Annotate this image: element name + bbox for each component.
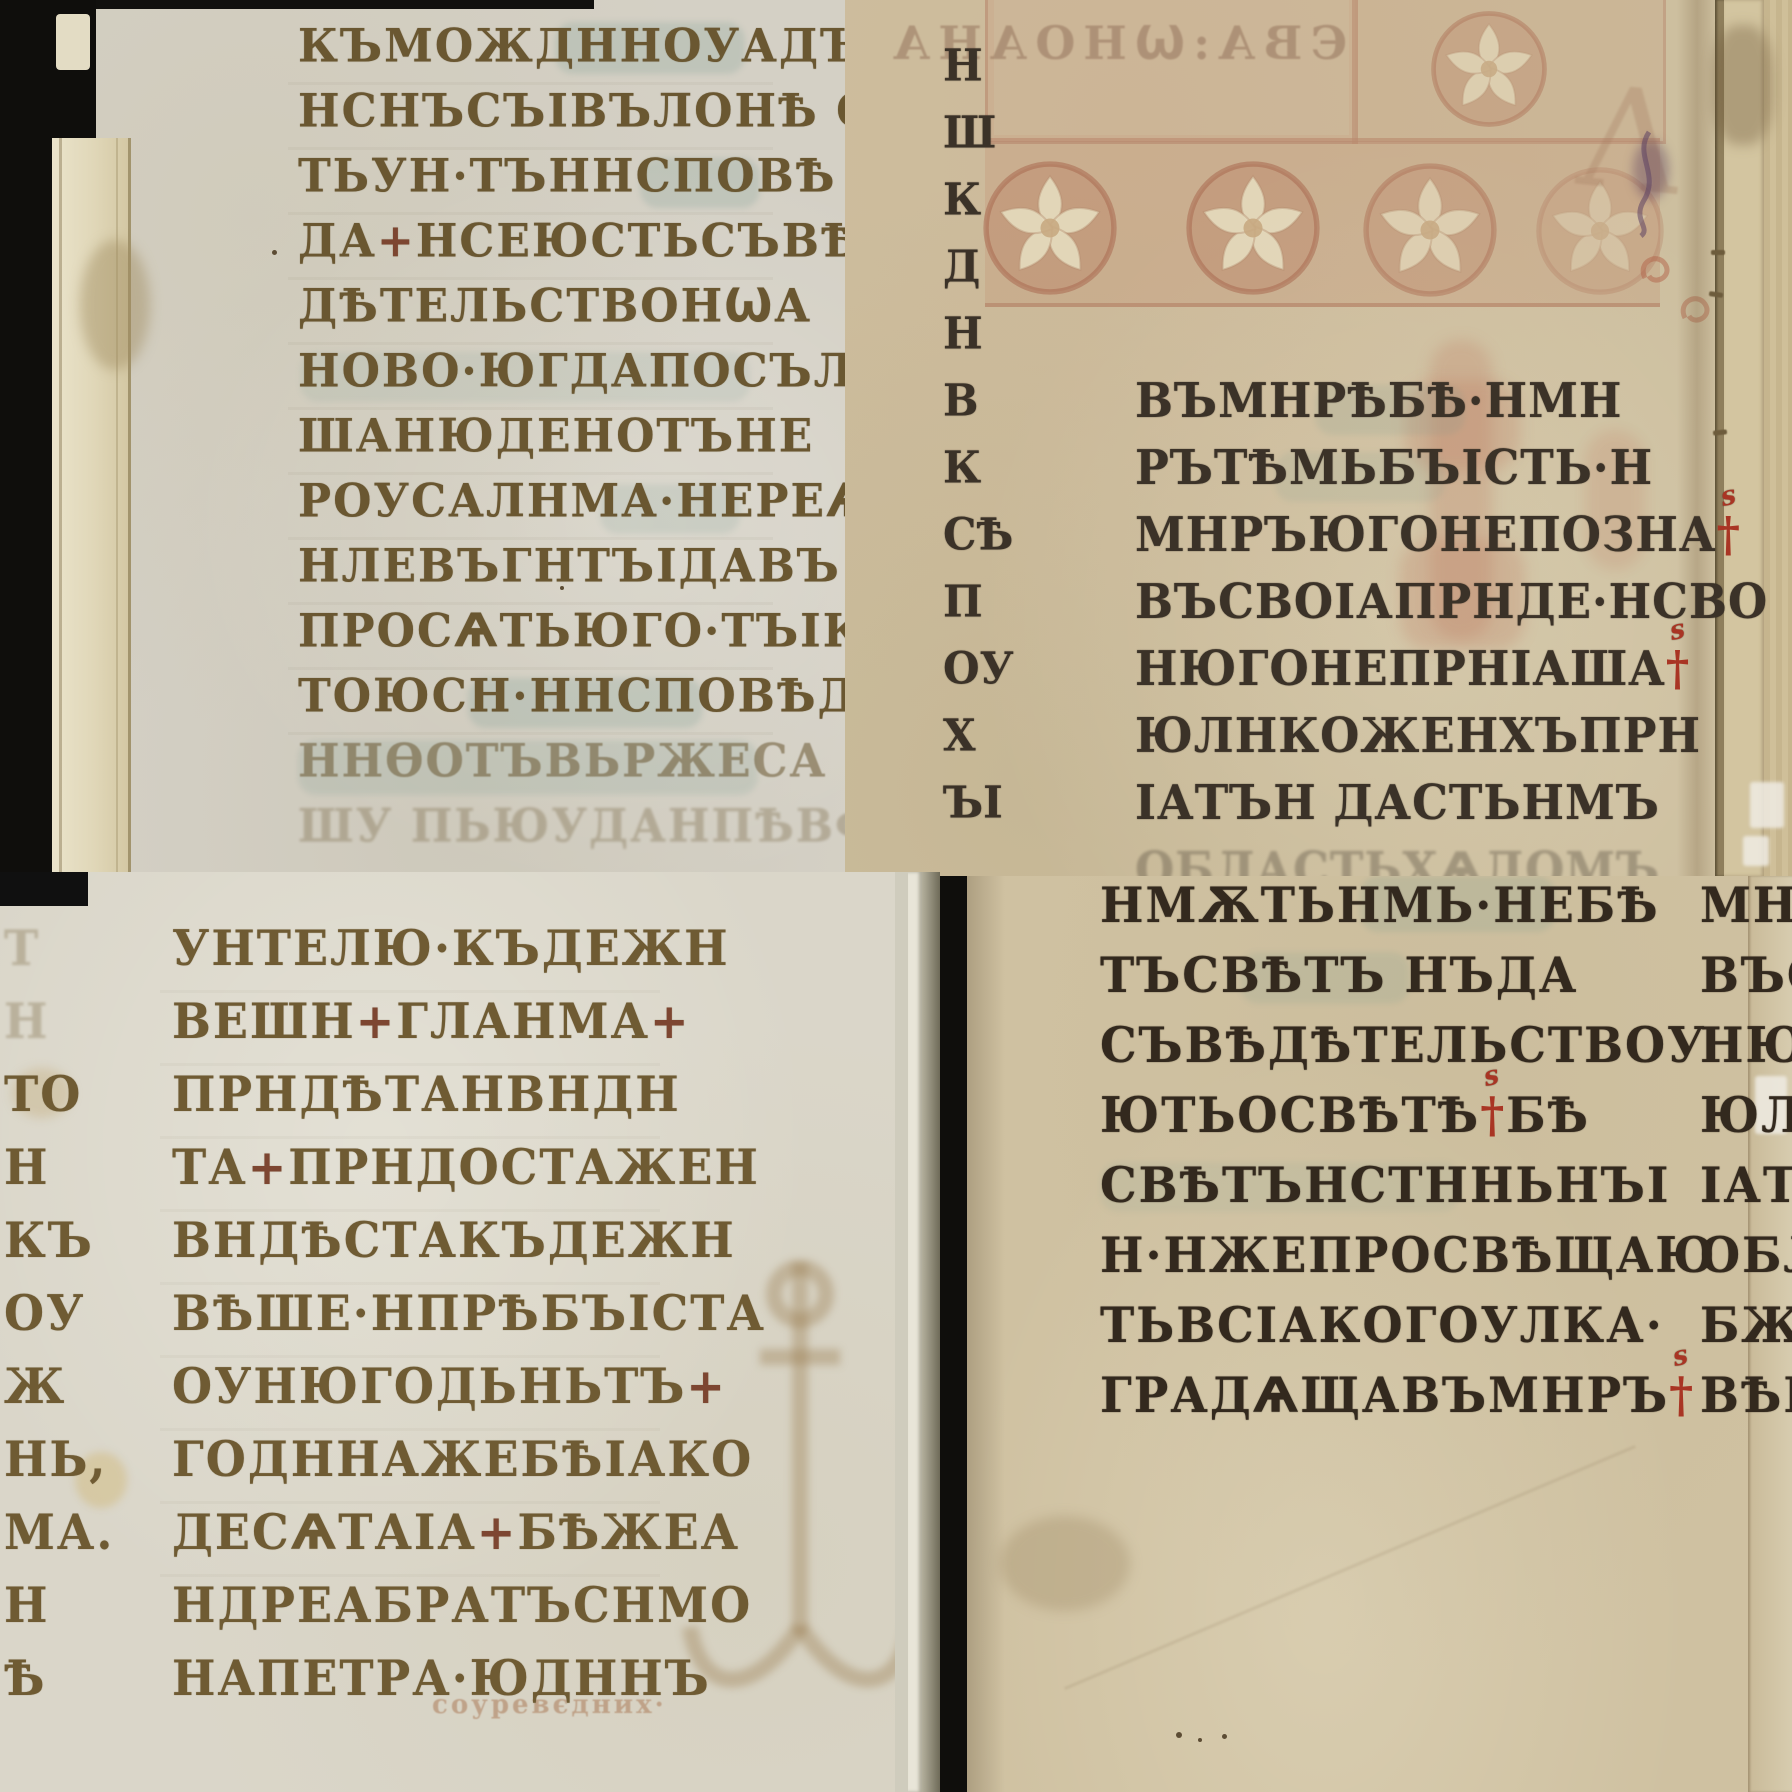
manuscript-text-line: ПРНДѢТАНВНДН <box>172 1070 681 1118</box>
parchment-stain <box>80 240 150 370</box>
ink-speck <box>1198 1738 1202 1742</box>
manuscript-text-line: РОУСАЛНМА·НЕРЕѦ <box>298 479 845 525</box>
gutter-shadow <box>967 876 1005 1792</box>
manuscript-text-line: ІАТЪН ДАСТЬНМЪ <box>1135 779 1660 826</box>
manuscript-text-line: К <box>943 178 981 222</box>
manuscript-text-line: ТЬВСІАКОГОУЛКА· <box>1100 1301 1664 1349</box>
headpiece-title-mirrored: ЄВА:ѠНОАНА <box>997 16 1347 70</box>
manuscript-text-line: Ж <box>4 1362 66 1410</box>
manuscript-text-line: Н <box>4 1581 49 1629</box>
manuscript-text-line: ШАНЮДЕНОТЪНЕ <box>298 414 814 460</box>
text-cross-mark: + <box>356 993 397 1050</box>
manuscript-text-line: ВЪМНРѢБѢ·НМН <box>1135 377 1622 424</box>
parchment-stain <box>1713 25 1773 145</box>
manuscript-text-line: ДА+НСЕЮСТЬСЪВѢ <box>298 219 845 265</box>
ink-speck <box>1222 1734 1227 1739</box>
manuscript-text-line: Х <box>943 714 976 758</box>
manuscript-text-line: Н·НЖЕПРОСВѢЩАЮ <box>1100 1231 1717 1279</box>
manuscript-text-line: ГОДННАЖЕБѢІАКО <box>172 1435 753 1483</box>
manuscript-text-line: ТА+ПРНДОСТАЖЕН <box>172 1143 760 1191</box>
manuscript-text-line: ТОЮСН·ННСПОВѢДА· <box>298 674 845 720</box>
photo-top-left: КЪМОЖДННОУАДЪІНСНЪСЪІВЪЛОНѢ ОТЬУН·ТЪННСП… <box>0 0 845 872</box>
headpiece-corner-flower <box>1430 10 1548 128</box>
rubric-cross-icon: †ѕ <box>1717 511 1742 558</box>
manuscript-text-line: НСНЪСЪІВЪЛОНѢ О <box>298 89 845 135</box>
manuscript-text-line: БЖН <box>1700 1301 1792 1349</box>
manuscript-text-line: ЮЛНКОЖЕНХЪПРН <box>1135 712 1701 759</box>
manuscript-text-line: В <box>943 379 979 423</box>
ink-squiggle <box>1627 128 1667 238</box>
manuscript-text-line: ЮЛН <box>1700 1091 1792 1139</box>
manuscript-text-line: ВЪС <box>1700 951 1792 999</box>
page-edge-strip <box>908 872 922 1792</box>
manuscript-text-line: НЮГ <box>1700 1021 1792 1069</box>
fiber-tick <box>1711 250 1725 255</box>
manuscript-text-line: РЪТѢМЬБЪІСТЬ·Н <box>1135 444 1653 491</box>
ink-speck <box>272 250 277 255</box>
manuscript-text-line: ВѢШЕ·НПРѢБЪІСТА <box>172 1289 766 1337</box>
text-cross-mark: + <box>477 1504 518 1561</box>
manuscript-text-line: Н <box>943 44 983 88</box>
manuscript-text-line: ДЕСѦТАІА+БѢЖЕА <box>172 1508 740 1556</box>
manuscript-text-line: ОУ <box>4 1289 85 1337</box>
manuscript-text-line: Ш <box>943 111 996 155</box>
manuscript-text-line: НОВО·ЮГДАПОСЪЛА <box>298 349 845 395</box>
manuscript-text-line: МНРЪЮГОНЕПОЗНА†ѕ <box>1135 511 1741 558</box>
rubric-cross-icon: †ѕ <box>1480 1091 1506 1139</box>
manuscript-collage: КЪМОЖДННОУАДЪІНСНЪСЪІВЪЛОНѢ ОТЬУН·ТЪННСП… <box>0 0 1792 1792</box>
manuscript-text-line: ТО <box>4 1070 82 1118</box>
page-edge-strip <box>1764 0 1792 876</box>
manuscript-text-line: ГРАДѦЩАВЪМНРЪ†ѕ <box>1100 1371 1695 1419</box>
manuscript-text-line: П <box>943 580 983 624</box>
manuscript-text-line: НАПЕТРА·ЮДННЪ <box>172 1654 711 1702</box>
manuscript-text-line: МНР <box>1700 881 1792 929</box>
fold-shadow <box>1064 1445 1636 1690</box>
page-edge-strip <box>895 872 908 1792</box>
text-cross-mark: + <box>650 993 691 1050</box>
manuscript-text-line: НДРЕАБРАТЪСНМО <box>172 1581 752 1629</box>
manuscript-text-line: ОБЛАСТЬХѦДОМЪ <box>1135 846 1660 876</box>
manuscript-text-line: ШУ ПЬЮУДАНПѢВФ ѲАНКАНѢ <box>298 804 845 850</box>
headpiece-flower-roundel <box>982 160 1118 296</box>
text-cross-mark: + <box>377 215 416 269</box>
torn-paper-bit <box>1750 782 1784 828</box>
manuscript-text-line: НЛЕВЪГНТЪІДАВЪ <box>298 544 841 590</box>
manuscript-text-line: МА. <box>4 1508 114 1556</box>
manuscript-text-line: Н <box>943 312 983 356</box>
manuscript-text-line: ДѢТЕЛЬСТВОНѠА <box>298 284 812 330</box>
manuscript-text-line: ЮТЬОСВѢТѢ†ѕБѢ <box>1100 1091 1590 1139</box>
background-top-band <box>96 0 594 9</box>
photo-bottom-left: соуревєдних· ТНТОНКЪОУЖНЬ,МА.НѢ УНТЕЛЮ·К… <box>0 872 940 1792</box>
manuscript-text-line: СВѢТЪНСТННЬНЪІ <box>1100 1161 1670 1209</box>
photo-top-right: ЄВА:ѠНОАНА Λ <box>845 0 1792 876</box>
manuscript-text-line: НЬ, <box>4 1435 107 1483</box>
manuscript-text-line: ОУНЮГОДЬНЬТЪ+ <box>172 1362 727 1410</box>
text-cross-mark: + <box>686 1358 727 1415</box>
text-cross-mark: + <box>248 1139 289 1196</box>
manuscript-text-line: НМѪТЬНМЬ·НЕБѢ <box>1100 881 1660 929</box>
rubric-cross-icon: †ѕ <box>1666 645 1691 692</box>
manuscript-text-line: Н <box>4 1143 49 1191</box>
manuscript-text-line: СЪВѢДѢТЕЛЬСТВОУ <box>1100 1021 1706 1069</box>
manuscript-text-line: К <box>943 446 981 490</box>
manuscript-text-line: КЪ <box>4 1216 94 1264</box>
manuscript-text-line: Н <box>4 997 49 1045</box>
manuscript-text-line: ЪІ <box>943 781 1003 825</box>
manuscript-text-line: ПРОСѦТЬЮГО·ТЪІКЪ <box>298 609 845 655</box>
manuscript-text-line: СѢ <box>943 513 1013 557</box>
manuscript-text-line: ОУ <box>943 647 1014 691</box>
manuscript-text-line: ВНДѢСТАКЪДЕЖН <box>172 1216 736 1264</box>
manuscript-text-line: ТЬУН·ТЪННСПОВѢ <box>298 154 836 200</box>
manuscript-text-line: ТЪСВѢТЪ НЪДА <box>1100 951 1578 999</box>
gutter-black-bar <box>940 876 967 1792</box>
manuscript-text-line: ВЕШН+ГЛАНМА+ <box>172 997 691 1045</box>
manuscript-text-line: УНТЕЛЮ·КЪДЕЖН <box>172 924 730 972</box>
manuscript-text-line: НЮГОНЕПРНІАША†ѕ <box>1135 645 1690 692</box>
rubric-cross-icon: †ѕ <box>1669 1371 1695 1419</box>
manuscript-text-line: ННѲОТЪВЬРЖЕСА <box>298 739 827 785</box>
manuscript-text-line: КЪМОЖДННОУАДЪІ <box>298 24 845 70</box>
background-left-band <box>0 0 52 872</box>
headpiece-flower-roundel <box>1185 160 1321 296</box>
manuscript-text-line: Т <box>4 924 40 972</box>
photo-bottom-right: МНРВЪСНЮГЮЛНІАТОБЛАБЖНВѢР НМѪТЬНМЬ·НЕБѢТ… <box>940 876 1792 1792</box>
manuscript-text-line: Ѣ <box>4 1654 47 1702</box>
page-corner-sliver <box>56 14 90 70</box>
manuscript-text-line: ВѢР <box>1700 1371 1792 1419</box>
headpiece-flower-roundel <box>1362 162 1498 298</box>
background-corner <box>0 872 88 906</box>
torn-paper-bit <box>1743 836 1769 866</box>
ink-speck <box>1176 1732 1182 1738</box>
parchment-stain <box>1000 1516 1130 1611</box>
gutter-shadow <box>922 872 940 1792</box>
manuscript-text-line: Д <box>943 245 980 289</box>
manuscript-text-line: ІАТ <box>1700 1161 1792 1209</box>
